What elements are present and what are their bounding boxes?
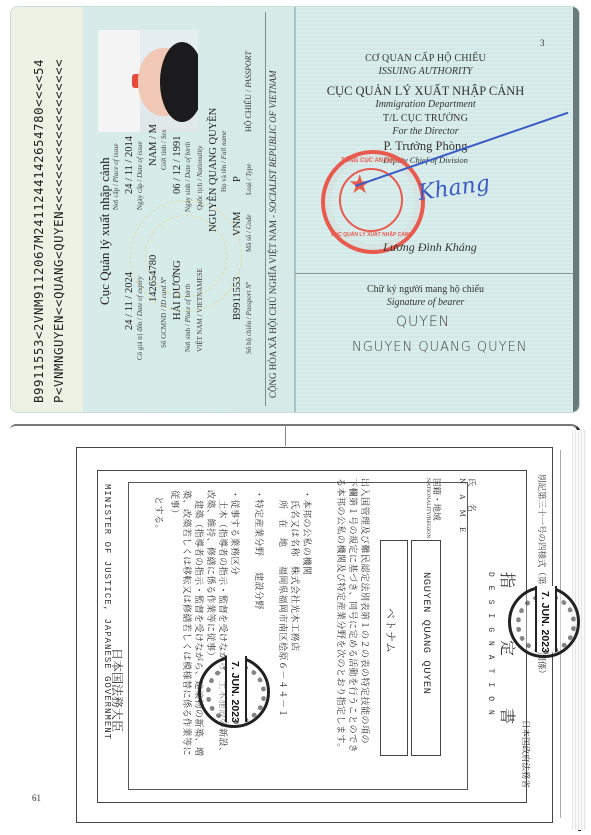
for-director-vn: T/L CỤC TRƯỞNG [283, 113, 568, 124]
mrz-line-2: B9911553<2VNM9112067M2411244142654780<<<… [32, 59, 46, 403]
bearer-signature-label-en: Signature of bearer [283, 297, 568, 308]
place-of-issue-label: Nơi cấp / Place of issue [112, 143, 120, 210]
nationality-label: 国籍・地域 [431, 478, 443, 521]
body-line-3: る本邦の公私の機関及び特定産業分野を次のとおり指定します。 [335, 478, 348, 753]
minister-en: MINISTER OF JUSTICE, JAPANESE GOVERNMENT [102, 484, 112, 740]
bearer-photo [98, 30, 198, 132]
issuing-authority-en: ISSUING AUTHORITY [283, 66, 568, 77]
work-line-2: 改築、維持、修繕に係る作業等に従事） [205, 490, 218, 661]
industry-field-value: 建設分野 [253, 572, 266, 610]
passport-no-value: B9911553 [232, 277, 243, 320]
pob-value: HẢI DƯƠNG [172, 260, 183, 320]
body-line-2: 下欄第１号の規定に基づき、同号に定める活動を行うことのでき [347, 478, 360, 753]
issue-date-label: Ngày cấp / Date of issue [136, 141, 144, 210]
star-icon: ★ [348, 172, 371, 198]
bearer-signature-label-vn: Chữ ký người mang hộ chiếu [283, 284, 568, 295]
organization-name-value: 株式会社光木工務店 [289, 566, 302, 652]
id-value: 142654780 [148, 255, 159, 302]
organization-address-label: 所 在 地 [277, 500, 290, 548]
expiry-date-value: 24 / 11 / 2024 [124, 272, 135, 330]
fullname-value: NGUYỄN QUANG QUYỀN [208, 108, 219, 232]
signatory-name: Lương Đình Kháng [300, 240, 560, 255]
name-label: 氏 名 [466, 478, 478, 512]
sex-value: NAM / M [148, 124, 159, 166]
header-rule [265, 12, 266, 406]
department-en: Immigration Department [283, 99, 568, 110]
officer-title-vn: P. Trưởng Phòng [283, 139, 568, 154]
organization-name-label: 氏名又は名称 [289, 500, 302, 557]
bearer-signature-line-2: NGUYEN QUANG QUYEN [352, 340, 528, 355]
place-of-issue-value: Cục Quản lý xuất nhập cảnh [97, 157, 113, 305]
document-title-en: DESIGNATION [486, 572, 495, 724]
type-value: P [232, 176, 243, 182]
organization-address-value: 福岡県福岡市南区桧原６－４４－１ [277, 566, 290, 718]
nationality-value: VIỆT NAM / VIETNAMESE [196, 268, 204, 352]
pob-label: Nơi sinh / Place of birth [184, 284, 192, 352]
fullname-label: Họ và tên / Full name [220, 131, 228, 192]
name-label-en: N A M E [458, 478, 466, 536]
passport-no-label: Số hộ chiếu / Passport Nº [245, 282, 253, 354]
issuer-header: 日本国政府法務省 [520, 720, 532, 788]
page-number: 61 [32, 793, 41, 803]
nationality-label: Quốc tịch / Nationality [196, 146, 204, 210]
dob-label: Ngày sinh / Date of birth [184, 142, 192, 212]
issue-date-value: 24 / 11 / 2014 [124, 136, 135, 194]
country-header: CỘNG HÒA XÃ HỘI CHỦ NGHĨA VIỆT NAM - SOC… [268, 70, 278, 398]
nationality-value: ベトナム [383, 608, 399, 653]
id-label: Số GCMND / ID card Nº [160, 277, 168, 348]
page-number: 3 [540, 38, 545, 48]
bearer-signature-line-1: QUYEN [396, 314, 450, 330]
work-line-4: 築、改築若しくは移転又は修繕若しくは模様替に係る作業等に [181, 490, 194, 756]
work-category-heading: ・従事する業務区分 [229, 490, 242, 576]
nationality-label-en: NATIONALITY/REGION [425, 478, 431, 539]
issuing-authority-vn: CƠ QUAN CẤP HỘ CHIẾU [283, 53, 568, 64]
organization-heading: ・本邦の公私の機関 [301, 490, 314, 576]
date-stamp: 7. JUN. 2023 [198, 656, 270, 728]
sex-label: Giới tính / Sex [160, 130, 168, 170]
body-line-1: 出入国管理及び難民認定法別表第１の２の表の特定技能の項の [359, 478, 372, 744]
section-divider [295, 273, 573, 274]
closing-text: とする。 [153, 496, 166, 534]
work-line-5: 従事） [169, 490, 182, 519]
mrz-line-1: P<VNMNGUYEN<<QUANG<QUYEN<<<<<<<<<<<<<<<<… [52, 59, 66, 403]
page-fold [285, 424, 286, 446]
code-value: VNM [232, 211, 243, 236]
department-vn: CỤC QUẢN LÝ XUẤT NHẬP CẢNH [283, 84, 568, 99]
dob-value: 06 / 12 / 1991 [172, 136, 183, 194]
type-label: Loại / Type [245, 164, 253, 195]
passport-edge [573, 7, 579, 412]
date-stamp: 7. JUN. 2023 [508, 586, 580, 658]
doc-title: HỘ CHIẾU / PASSPORT [244, 51, 253, 132]
expiry-label: Có giá trị đến / Date of expiry [136, 276, 144, 360]
code-label: Mã số / Code [245, 214, 253, 252]
industry-field-label: ・特定産業分野 [253, 490, 266, 557]
name-value: NGUYEN QUANG QUYEN [420, 572, 432, 694]
work-line-3: 建築（指導者の指示・監督を受けながら、建築物の新築、増 [193, 500, 206, 757]
